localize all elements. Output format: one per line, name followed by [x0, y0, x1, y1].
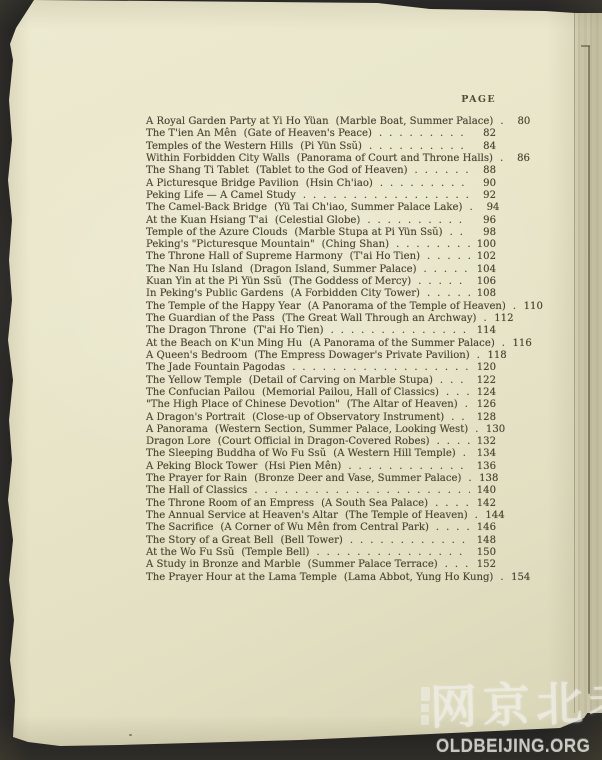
entry-page-number: 124 [470, 387, 496, 399]
dot-leader: ........................................… [493, 572, 504, 584]
entry-page-number: 146 [470, 522, 496, 534]
entry-title: The Jade Fountain Pagodas [146, 362, 285, 374]
entry-note: (Marble Stupa at Pi Yün Ssŭ) [294, 227, 442, 239]
entry-page-number: 134 [470, 448, 496, 460]
dot-leader: ........................................… [462, 202, 473, 214]
entry-page-number: 112 [488, 313, 514, 325]
toc-entry: At the Kuan Hsiang T'ai (Celestial Globe… [146, 215, 496, 227]
dot-leader: ........................................… [247, 485, 470, 497]
dot-leader: ........................................… [343, 535, 470, 547]
entry-page-number: 122 [470, 375, 496, 387]
seal-mark [421, 704, 429, 712]
toc-entry: The Jade Fountain Pagodas ..............… [146, 362, 496, 374]
entry-note: (T'ai Ho Tien) [253, 325, 323, 337]
entry-page-number: 106 [470, 276, 496, 288]
entry-title: Temples of the Western Hills [146, 141, 293, 153]
entry-page-number: 88 [470, 165, 496, 177]
entry-note: (A South Sea Palace) [321, 498, 428, 510]
entry-note: (Close-up of Observatory Instrument) [252, 412, 444, 424]
entry-page-number: 80 [504, 116, 530, 128]
entry-page-number: 128 [470, 412, 496, 424]
entry-note: (Bell Tower) [280, 535, 342, 547]
entry-title: The Story of a Great Bell [146, 535, 273, 547]
toc-entry: The Annual Service at Heaven's Altar (Th… [146, 510, 496, 522]
seal-mark [421, 715, 429, 725]
entry-title: The Throne Hall of Supreme Harmony [146, 251, 343, 263]
entry-note: (Celestial Globe) [275, 215, 361, 227]
dot-leader: ........................................… [285, 362, 470, 374]
toc-entry: At the Wo Fu Ssŭ (Temple Bell) .........… [146, 547, 496, 559]
dot-leader: ........................................… [439, 387, 470, 399]
entry-note: (Bronze Deer and Vase, Summer Palace) [254, 473, 461, 485]
entry-page-number: 118 [481, 350, 507, 362]
entry-title: A Study in Bronze and Marble [146, 559, 301, 571]
dot-leader: ........................................… [417, 264, 470, 276]
toc-entry: The Guardian of the Pass (The Great Wall… [146, 313, 496, 325]
dot-leader: ........................................… [429, 522, 470, 534]
entry-page-number: 138 [472, 473, 498, 485]
entry-page-number: 148 [470, 535, 496, 547]
entry-title: The Hall of Classics [146, 485, 247, 497]
dot-leader: ........................................… [360, 215, 470, 227]
watermark-site-text: OLDBEIJING.ORG [436, 736, 590, 758]
dot-leader: ........................................… [428, 498, 470, 510]
toc-entry: Temples of the Western Hills (Pi Yün Ssŭ… [146, 141, 496, 153]
dot-leader: ........................................… [411, 276, 470, 288]
dot-leader: ........................................… [408, 165, 470, 177]
entry-note: (Hsi Pien Mên) [265, 461, 342, 473]
entry-title: The Sleeping Buddha of Wo Fu Ssŭ [146, 448, 326, 460]
entry-page-number: 94 [473, 202, 499, 214]
entry-note: (A Panorama of the Temple of Heaven) [308, 301, 506, 313]
dot-leader: ........................................… [468, 424, 479, 436]
entry-title: A Queen's Bedroom [146, 350, 247, 362]
dot-leader: ........................................… [433, 375, 470, 387]
entry-title: The Prayer Hour at the Lama Temple [146, 572, 337, 584]
toc-entry: A Queen's Bedroom (The Empress Dowager's… [146, 350, 496, 362]
entry-title: The Throne Room of an Empress [146, 498, 314, 510]
entry-title: In Peking's Public Gardens [146, 288, 284, 300]
dot-leader: ........................................… [470, 350, 481, 362]
watermark-character: 网 [429, 683, 477, 731]
entry-title: Within Forbidden City Walls [146, 153, 290, 165]
toc-entry: The T'ien An Mên (Gate of Heaven's Peace… [146, 128, 496, 140]
entry-note: (A Western Hill Temple) [333, 448, 456, 460]
page-edge-line [588, 46, 590, 694]
entry-note: (The Altar of Heaven) [347, 399, 458, 411]
dot-leader: ........................................… [444, 412, 470, 424]
entry-title: The Prayer for Rain [146, 473, 247, 485]
entry-page-number: 102 [470, 251, 496, 263]
entry-title: A Panorama [146, 424, 208, 436]
toc-entry: The Temple of the Happy Year (A Panorama… [146, 301, 496, 313]
toc-entry: In Peking's Public Gardens (A Forbidden … [146, 288, 496, 300]
entry-page-number: 84 [470, 141, 496, 153]
dot-leader: ........................................… [456, 448, 470, 460]
toc-entry: The Camel-Back Bridge (Yü Tai Ch'iao, Su… [146, 202, 496, 214]
entry-title: At the Beach on K'un Ming Hu [146, 338, 302, 350]
entry-title: Peking's "Picturesque Mountain" [146, 239, 315, 251]
toc-entry: "The High Place of Chinese Devotion" (Th… [146, 399, 496, 411]
toc-entry: A Peking Block Tower (Hsi Pien Mên) ....… [146, 461, 496, 473]
toc-entry: A Dragon's Portrait (Close-up of Observa… [146, 412, 496, 424]
dot-leader: ........................................… [493, 153, 504, 165]
entry-note: (A Forbidden City Tower) [291, 288, 420, 300]
entry-title: The Sacrifice [146, 522, 213, 534]
entry-title: A Peking Block Tower [146, 461, 258, 473]
dot-leader: ........................................… [373, 178, 470, 190]
entry-note: (The Goddess of Mercy) [289, 276, 411, 288]
toc-entry: A Royal Garden Party at Yi Ho Yüan (Marb… [146, 116, 496, 128]
scanned-book-page: PAGE A Royal Garden Party at Yi Ho Yüan … [0, 0, 602, 760]
entry-page-number: 108 [470, 288, 496, 300]
entry-note: (A Corner of Wu Mên from Central Park) [220, 522, 428, 534]
dot-leader: ........................................… [310, 547, 471, 559]
entry-note: (Dragon Island, Summer Palace) [250, 264, 417, 276]
watermark-character: 京 [482, 682, 530, 730]
entry-page-number: 150 [470, 547, 496, 559]
dot-leader: ........................................… [458, 399, 470, 411]
entry-page-number: 100 [470, 239, 496, 251]
toc-entry-list: A Royal Garden Party at Yi Ho Yüan (Marb… [146, 116, 496, 584]
entry-page-number: 92 [470, 190, 496, 202]
toc-entry: The Sleeping Buddha of Wo Fu Ssŭ (A West… [146, 448, 496, 460]
entry-title: The Camel-Back Bridge [146, 202, 267, 214]
entry-page-number: 82 [470, 128, 496, 140]
entry-title: Peking Life — A Camel Study [146, 190, 296, 202]
dot-leader: ........................................… [495, 338, 506, 350]
toc-entry: Peking Life — A Camel Study ............… [146, 190, 496, 202]
entry-note: (Ching Shan) [322, 239, 389, 251]
toc-entry: The Throne Room of an Empress (A South S… [146, 498, 496, 510]
entry-title: The T'ien An Mên [146, 128, 237, 140]
entry-page-number: 136 [470, 461, 496, 473]
toc-entry: The Sacrifice (A Corner of Wu Mên from C… [146, 522, 496, 534]
entry-page-number: 90 [470, 178, 496, 190]
entry-note: (Summer Palace Terrace) [308, 559, 438, 571]
entry-page-number: 116 [506, 338, 532, 350]
entry-title: Dragon Lore [146, 436, 211, 448]
entry-page-number: 140 [470, 485, 496, 497]
watermark-chinese-characters: 网京北老 [429, 679, 602, 731]
watermark-character: 老 [588, 679, 602, 727]
entry-note: (The Temple of Heaven) [345, 510, 468, 522]
toc-entry: Dragon Lore (Court Official in Dragon-Co… [146, 436, 496, 448]
entry-title: Kuan Yin at the Pi Yün Ssŭ [146, 276, 282, 288]
toc-entry: The Hall of Classics ...................… [146, 485, 496, 497]
entry-note: (Memorial Pailou, Hall of Classics) [262, 387, 439, 399]
entry-title: A Royal Garden Party at Yi Ho Yüan [146, 116, 329, 128]
entry-note: (A Panorama of the Summer Palace) [309, 338, 495, 350]
watermark-character: 北 [535, 681, 583, 729]
entry-note: (Western Section, Summer Palace, Looking… [215, 424, 468, 436]
entry-note: (Panorama of Court and Throne Halls) [297, 153, 493, 165]
entry-page-number: 152 [470, 559, 496, 571]
dot-leader: ........................................… [468, 510, 479, 522]
entry-page-number: 120 [470, 362, 496, 374]
dot-leader: ........................................… [296, 190, 470, 202]
entry-title: The Nan Hu Island [146, 264, 243, 276]
entry-note: (Court Official in Dragon-Covered Robes) [218, 436, 430, 448]
entry-note: (Hsin Ch'iao) [306, 178, 373, 190]
toc-entry: At the Beach on K'un Ming Hu (A Panorama… [146, 338, 496, 350]
toc-entry: The Prayer Hour at the Lama Temple (Lama… [146, 572, 496, 584]
entry-note: (The Empress Dowager's Private Pavilion) [254, 350, 469, 362]
toc-entry: Within Forbidden City Walls (Panorama of… [146, 153, 496, 165]
toc-entry: The Nan Hu Island (Dragon Island, Summer… [146, 264, 496, 276]
entry-page-number: 114 [470, 325, 496, 337]
entry-note: (Detail of Carving on Marble Stupa) [249, 375, 433, 387]
entry-page-number: 98 [470, 227, 496, 239]
toc-entry: A Study in Bronze and Marble (Summer Pal… [146, 559, 496, 571]
dot-leader: ........................................… [372, 128, 470, 140]
toc-entry: Peking's "Picturesque Mountain" (Ching S… [146, 239, 496, 251]
entry-note: (Tablet to the God of Heaven) [256, 165, 408, 177]
toc-entry: The Confucian Pailou (Memorial Pailou, H… [146, 387, 496, 399]
toc-entry: A Panorama (Western Section, Summer Pala… [146, 424, 496, 436]
entry-note: (The Great Wall Through an Archway) [282, 313, 477, 325]
entry-note: (T'ai Ho Tien) [350, 251, 420, 263]
dot-leader: ........................................… [438, 559, 470, 571]
dot-leader: ........................................… [430, 436, 470, 448]
entry-page-number: 142 [470, 498, 496, 510]
dot-leader: ........................................… [506, 301, 517, 313]
toc-entry: The Yellow Temple (Detail of Carving on … [146, 375, 496, 387]
entry-title: The Guardian of the Pass [146, 313, 275, 325]
entry-page-number: 96 [470, 215, 496, 227]
toc-entry: Kuan Yin at the Pi Yün Ssŭ (The Goddess … [146, 276, 496, 288]
entry-note: (Yü Tai Ch'iao, Summer Palace Lake) [274, 202, 462, 214]
entry-title: The Yellow Temple [146, 375, 242, 387]
toc-entry: The Story of a Great Bell (Bell Tower) .… [146, 535, 496, 547]
entry-title: At the Kuan Hsiang T'ai [146, 215, 268, 227]
dot-leader: ........................................… [461, 473, 472, 485]
entry-note: (Temple Bell) [241, 547, 309, 559]
entry-page-number: 144 [479, 510, 505, 522]
entry-title: A Picturesque Bridge Pavilion [146, 178, 299, 190]
dot-leader: ........................................… [389, 239, 470, 251]
entry-title: The Annual Service at Heaven's Altar [146, 510, 338, 522]
entry-title: "The High Place of Chinese Devotion" [146, 399, 340, 411]
dot-leader: ........................................… [324, 325, 470, 337]
entry-title: The Confucian Pailou [146, 387, 255, 399]
entry-note: (Lama Abbot, Yung Ho Kung) [344, 572, 493, 584]
entry-note: (Marble Boat, Summer Palace) [336, 116, 494, 128]
dot-leader: ........................................… [420, 251, 470, 263]
toc-entry: The Throne Hall of Supreme Harmony (T'ai… [146, 251, 496, 263]
entry-title: The Dragon Throne [146, 325, 246, 337]
dot-leader: ........................................… [362, 141, 470, 153]
dot-leader: ........................................… [477, 313, 488, 325]
entry-title: The Shang Ti Tablet [146, 165, 249, 177]
entry-page-number: 104 [470, 264, 496, 276]
dot-leader: ........................................… [493, 116, 504, 128]
entry-page-number: 110 [517, 301, 543, 313]
entry-page-number: 132 [470, 436, 496, 448]
entry-title: The Temple of the Happy Year [146, 301, 301, 313]
entry-page-number: 154 [504, 572, 530, 584]
toc-entry: The Prayer for Rain (Bronze Deer and Vas… [146, 473, 496, 485]
toc-entry: The Dragon Throne (T'ai Ho Tien) .......… [146, 325, 496, 337]
entry-title: Temple of the Azure Clouds [146, 227, 287, 239]
entry-title: A Dragon's Portrait [146, 412, 245, 424]
toc-entry: A Picturesque Bridge Pavilion (Hsin Ch'i… [146, 178, 496, 190]
dot-leader: ........................................… [420, 288, 470, 300]
page-column-header: PAGE [146, 94, 496, 116]
toc-entry: Temple of the Azure Clouds (Marble Stupa… [146, 227, 496, 239]
entry-note: (Pi Yün Ssŭ) [300, 141, 362, 153]
entry-page-number: 130 [479, 424, 505, 436]
toc-entry: The Shang Ti Tablet (Tablet to the God o… [146, 165, 496, 177]
paper-speck [129, 734, 132, 736]
dot-leader: ........................................… [443, 227, 470, 239]
entry-note: (Gate of Heaven's Peace) [244, 128, 372, 140]
table-of-contents: PAGE A Royal Garden Party at Yi Ho Yüan … [146, 94, 496, 584]
entry-page-number: 126 [470, 399, 496, 411]
dot-leader: ........................................… [341, 461, 470, 473]
seal-mark [421, 687, 430, 701]
entry-title: At the Wo Fu Ssŭ [146, 547, 234, 559]
entry-page-number: 86 [504, 153, 530, 165]
